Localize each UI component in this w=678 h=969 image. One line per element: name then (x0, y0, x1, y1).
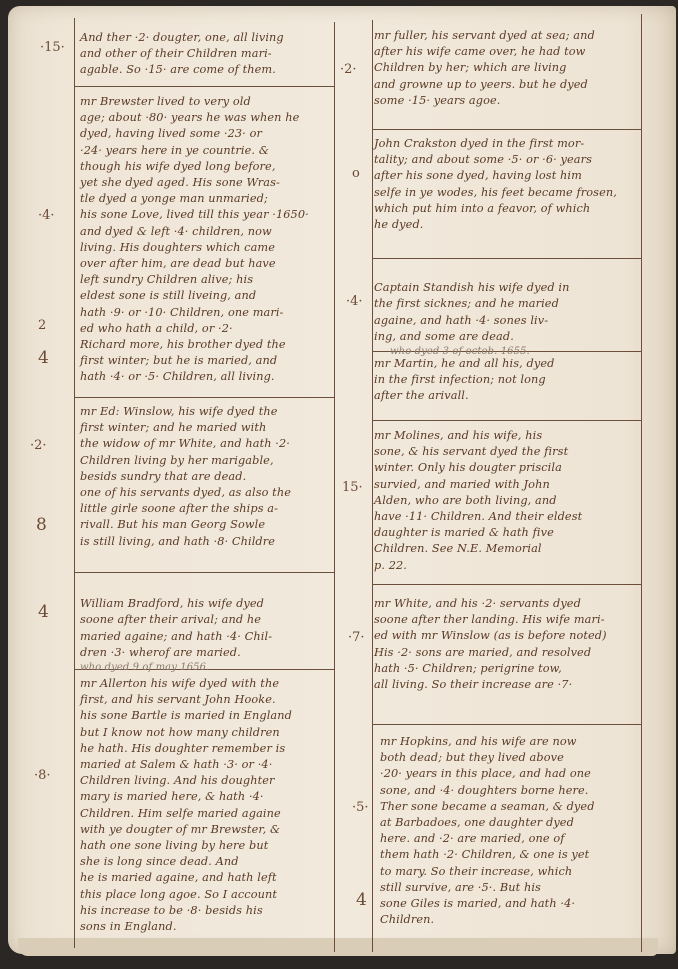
entry-hopkins: mr Hopkins, and his wife are now both de… (380, 734, 640, 928)
page-edge (18, 938, 658, 956)
margin-number: ·5· (352, 800, 369, 815)
margin-number: ·2· (30, 438, 47, 453)
margin-number: 4 (356, 890, 367, 910)
entry-white: mr White, and his ·2· servants dyed soon… (374, 596, 640, 693)
entry-fuller: mr fuller, his servant dyed at sea; and … (374, 28, 640, 109)
entry-bradford: William Bradford, his wife dyed soone af… (80, 580, 330, 690)
right-margin-rule (372, 20, 373, 952)
margin-number: 4 (38, 348, 49, 368)
entry-winslow: mr Ed: Winslow, his wife dyed the first … (80, 404, 330, 550)
margin-number: 2 (38, 318, 46, 333)
right-column-right-rule (641, 14, 642, 952)
entry-molines: mr Molines, and his wife, his sone, & hi… (374, 428, 640, 574)
separator (372, 258, 641, 259)
margin-number: 4 (38, 602, 49, 622)
margin-number: o (352, 166, 360, 181)
entry-brewster: mr Brewster lived to very old age; about… (80, 94, 330, 386)
separator (74, 397, 334, 398)
separator (372, 724, 641, 725)
margin-number: 8 (36, 515, 47, 535)
separator (372, 129, 641, 130)
margin-number: ·4· (38, 208, 55, 223)
left-column-right-rule (334, 22, 335, 952)
entry-text: Captain Standish his wife dyed in the fi… (374, 281, 570, 343)
left-margin-rule (74, 18, 75, 948)
margin-number: ·7· (348, 630, 365, 645)
separator (74, 86, 334, 87)
margin-number: ·4· (346, 294, 363, 309)
margin-number: ·2· (340, 62, 357, 77)
entry-martin: mr Martin, he and all his, dyed in the f… (374, 356, 640, 405)
margin-number: ·8· (34, 768, 51, 783)
entry-text: William Bradford, his wife dyed soone af… (80, 597, 272, 659)
separator (372, 420, 641, 421)
entry-ther-daughters: And ther ·2· dougter, one, all living an… (80, 30, 330, 79)
margin-number: 15· (342, 480, 363, 495)
separator (372, 584, 641, 585)
entry-crakston: John Crakston dyed in the first mor- tal… (374, 136, 640, 233)
entry-allerton: mr Allerton his wife dyed with the first… (80, 676, 332, 935)
margin-number: ·15· (40, 40, 65, 55)
death-note: who dyed 9 of may 1656. (80, 661, 330, 674)
separator (74, 572, 334, 573)
